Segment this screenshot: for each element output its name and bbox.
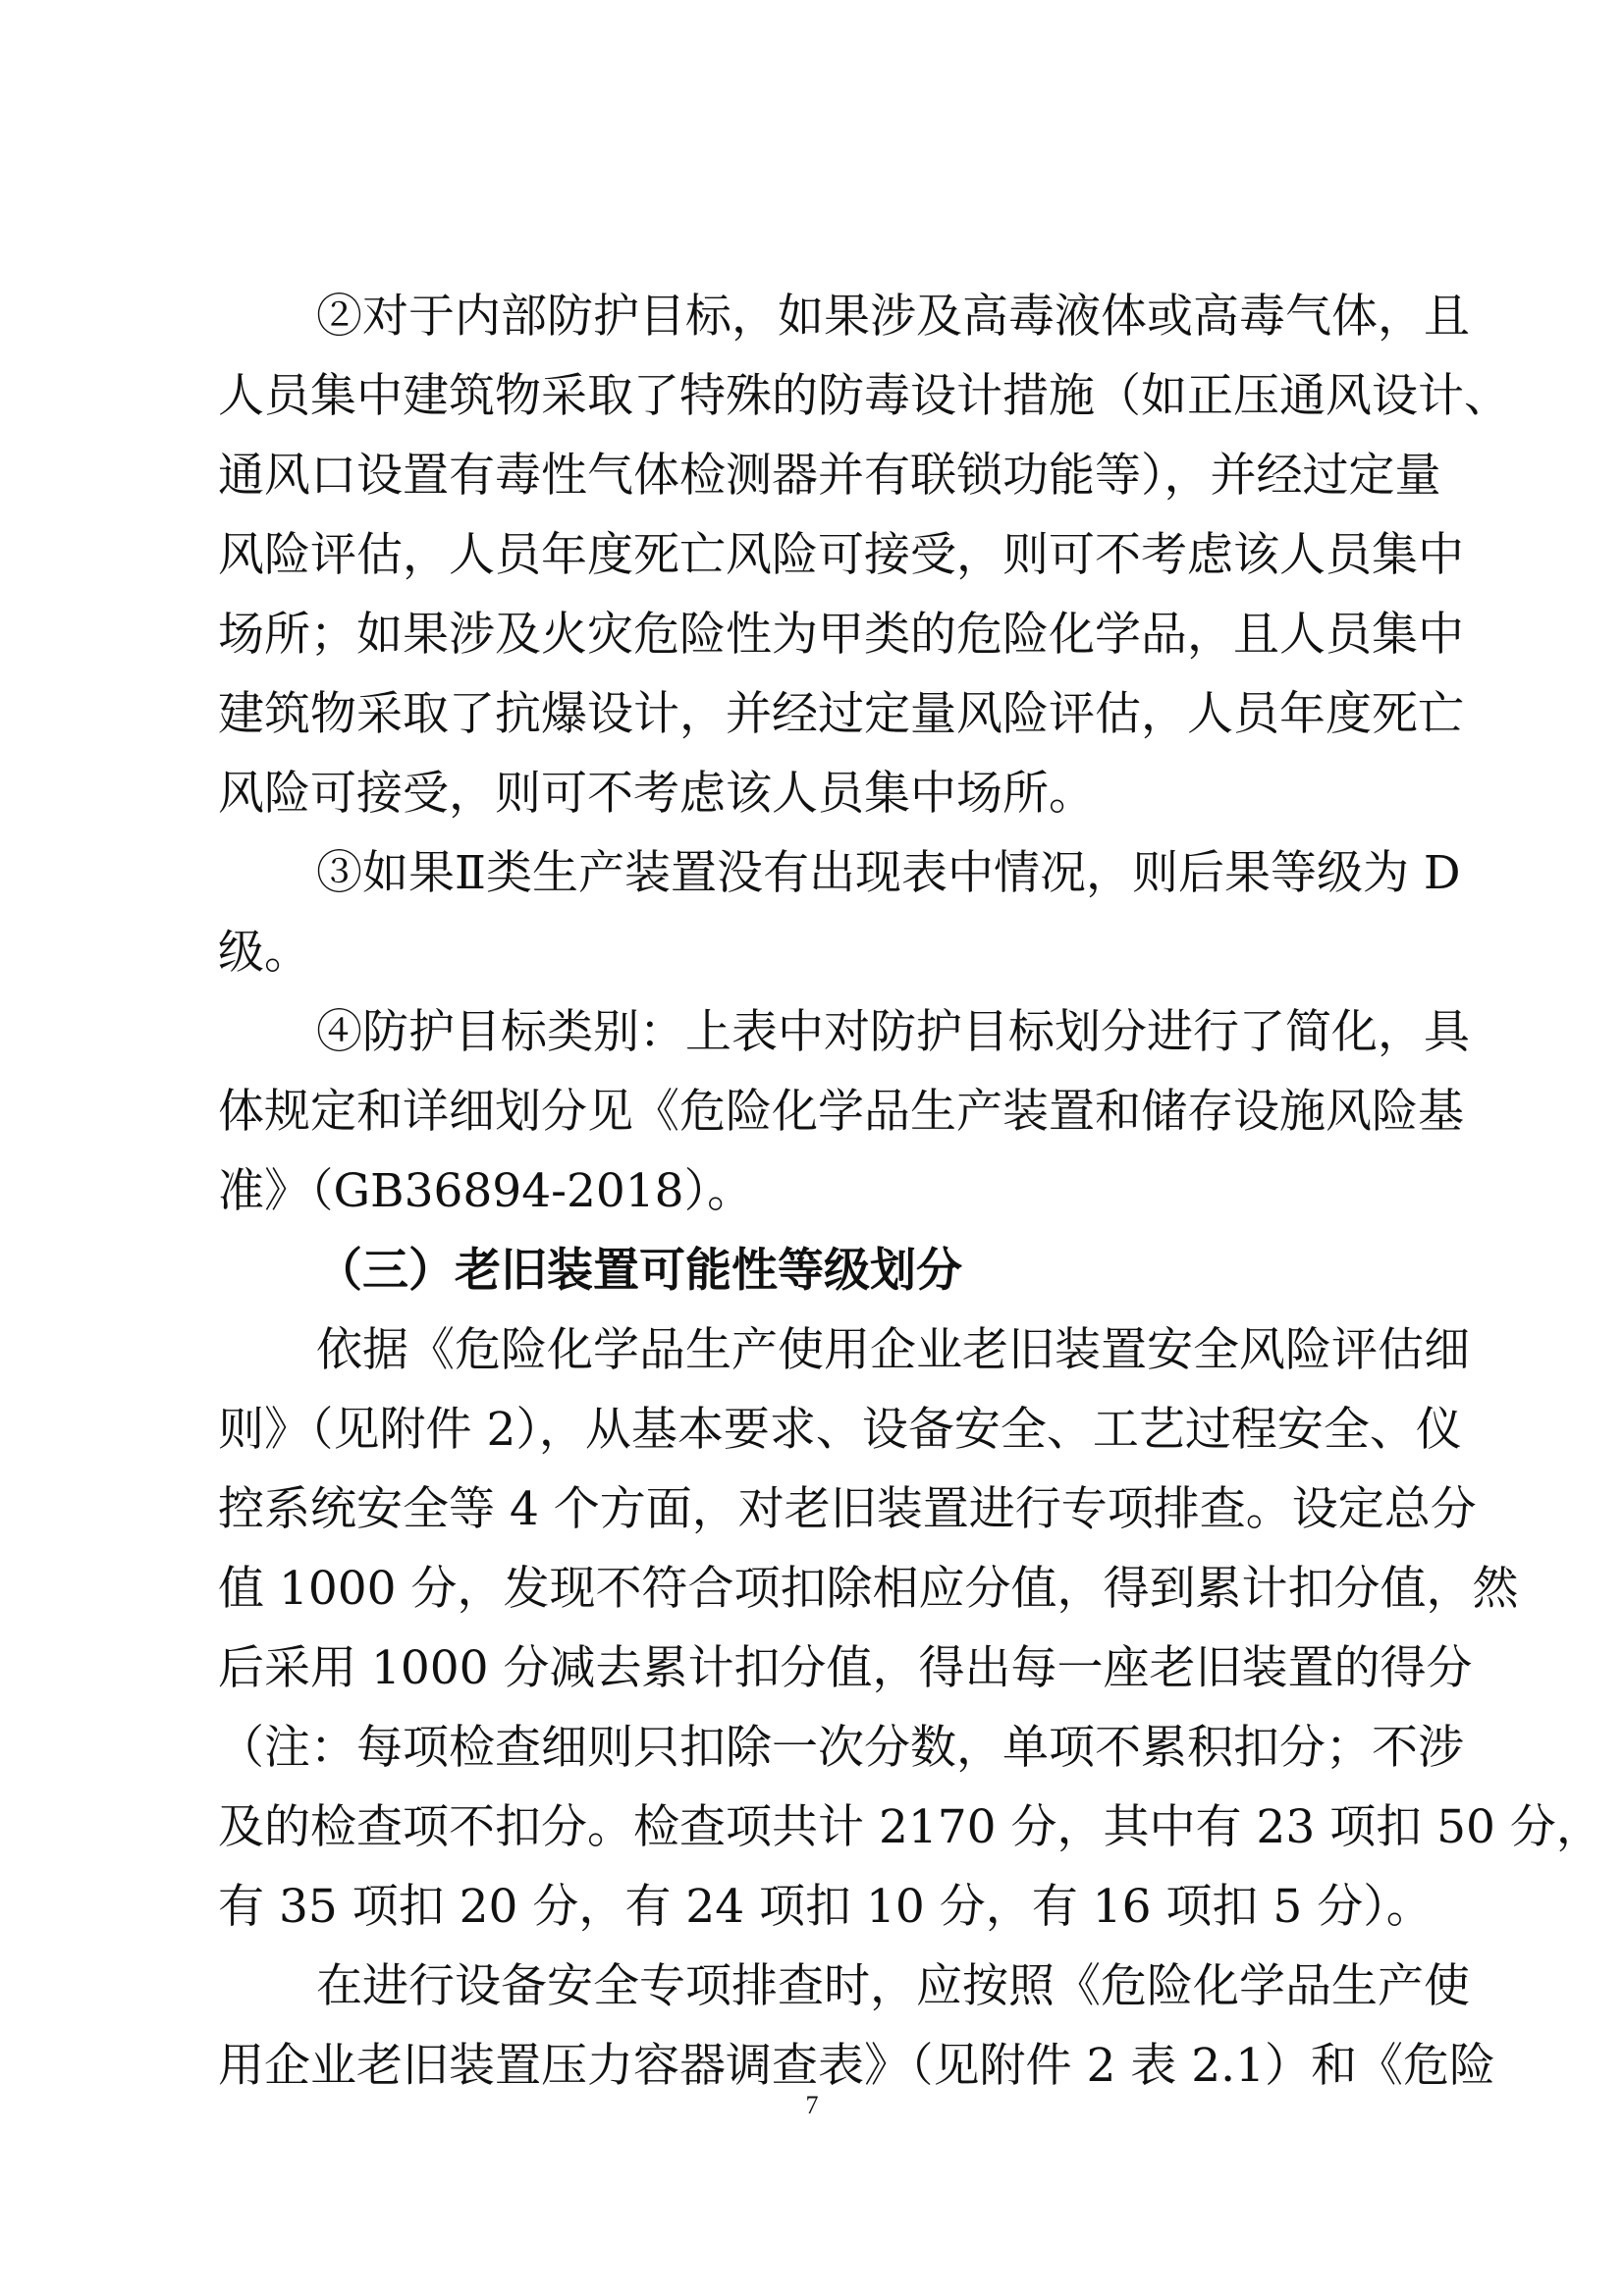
paragraph-line: 准》（GB36894-2018）。 <box>218 1151 1408 1231</box>
paragraph-line: 控系统安全等 4 个方面，对老旧装置进行专项排查。设定总分 <box>218 1469 1408 1549</box>
paragraph-line: 级。 <box>218 913 1408 992</box>
paragraph-line: （注：每项检查细则只扣除一次分数，单项不累积扣分；不涉 <box>218 1708 1408 1788</box>
page-number: 7 <box>0 2091 1624 2120</box>
paragraph-line: 通风口设置有毒性气体检测器并有联锁功能等），并经过定量 <box>218 436 1408 515</box>
paragraph-line: 建筑物采取了抗爆设计，并经过定量风险评估，人员年度死亡 <box>218 674 1408 754</box>
paragraph-line: 在进行设备安全专项排查时，应按照《危险化学品生产使 <box>316 1947 1408 2026</box>
paragraph-line: ③如果Ⅱ类生产装置没有出现表中情况，则后果等级为 D <box>316 833 1408 913</box>
paragraph-line: ④防护目标类别：上表中对防护目标划分进行了简化，具 <box>316 992 1408 1072</box>
paragraph-line: 人员集中建筑物采取了特殊的防毒设计措施（如正压通风设计、 <box>218 356 1408 436</box>
paragraph-line: 后采用 1000 分减去累计扣分值，得出每一座老旧装置的得分 <box>218 1629 1408 1708</box>
section-heading: （三）老旧装置可能性等级划分 <box>316 1231 1408 1310</box>
paragraph-line: 体规定和详细划分见《危险化学品生产装置和储存设施风险基 <box>218 1072 1408 1151</box>
paragraph-line: 值 1000 分，发现不符合项扣除相应分值，得到累计扣分值，然 <box>218 1549 1408 1629</box>
paragraph-line: 依据《危险化学品生产使用企业老旧装置安全风险评估细 <box>316 1310 1408 1390</box>
paragraph-line: 场所；如果涉及火灾危险性为甲类的危险化学品，且人员集中 <box>218 595 1408 674</box>
paragraph-line: 有 35 项扣 20 分，有 24 项扣 10 分，有 16 项扣 5 分）。 <box>218 1867 1408 1947</box>
paragraph-line: 则》（见附件 2），从基本要求、设备安全、工艺过程安全、仪 <box>218 1390 1408 1469</box>
paragraph-line: 风险评估，人员年度死亡风险可接受，则可不考虑该人员集中 <box>218 515 1408 595</box>
paragraph-line: ②对于内部防护目标，如果涉及高毒液体或高毒气体，且 <box>316 277 1408 356</box>
paragraph-line: 及的检查项不扣分。检查项共计 2170 分，其中有 23 项扣 50 分， <box>218 1788 1408 1867</box>
paragraph-line: 风险可接受，则可不考虑该人员集中场所。 <box>218 754 1408 833</box>
